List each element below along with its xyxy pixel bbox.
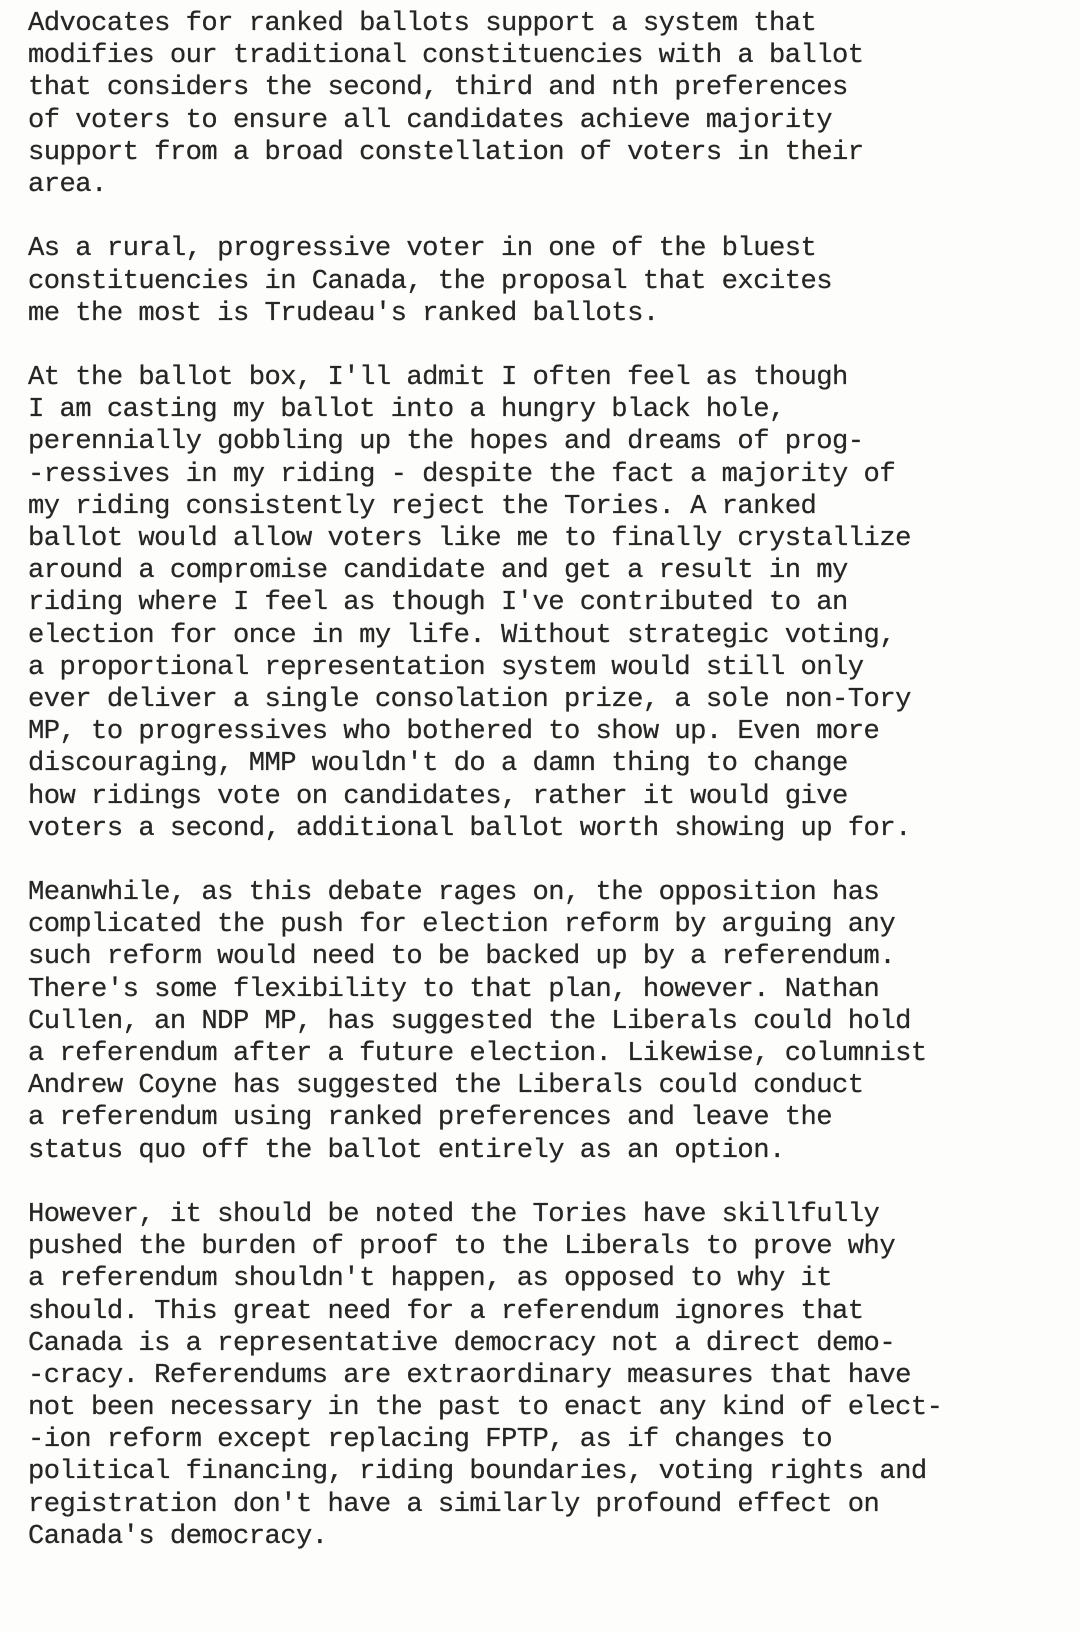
text-line: Andrew Coyne has suggested the Liberals …	[28, 1070, 1068, 1102]
text-line: ballot would allow voters like me to fin…	[28, 523, 1068, 555]
text-line: riding where I feel as though I've contr…	[28, 587, 1068, 619]
text-line: a referendum using ranked preferences an…	[28, 1102, 1068, 1134]
text-line: that considers the second, third and nth…	[28, 72, 1068, 104]
paragraph-rural-voter: As a rural, progressive voter in one of …	[28, 233, 1068, 330]
text-line: At the ballot box, I'll admit I often fe…	[28, 362, 1068, 394]
text-line: political financing, riding boundaries, …	[28, 1456, 1068, 1488]
text-line: area.	[28, 169, 1068, 201]
text-line: voters a second, additional ballot worth…	[28, 813, 1068, 845]
text-line: However, it should be noted the Tories h…	[28, 1199, 1068, 1231]
text-line: such reform would need to be backed up b…	[28, 941, 1068, 973]
text-line: should. This great need for a referendum…	[28, 1296, 1068, 1328]
text-line: discouraging, MMP wouldn't do a damn thi…	[28, 748, 1068, 780]
text-line: modifies our traditional constituencies …	[28, 40, 1068, 72]
text-line: There's some flexibility to that plan, h…	[28, 974, 1068, 1006]
text-line: Canada's democracy.	[28, 1521, 1068, 1553]
text-line: how ridings vote on candidates, rather i…	[28, 781, 1068, 813]
typewritten-page: Advocates for ranked ballots support a s…	[28, 8, 1068, 1585]
text-line: Canada is a representative democracy not…	[28, 1328, 1068, 1360]
text-line: complicated the push for election reform…	[28, 909, 1068, 941]
text-line: Meanwhile, as this debate rages on, the …	[28, 877, 1068, 909]
text-line: a referendum after a future election. Li…	[28, 1038, 1068, 1070]
text-line: -ressives in my riding - despite the fac…	[28, 459, 1068, 491]
text-line: not been necessary in the past to enact …	[28, 1392, 1068, 1424]
text-line: of voters to ensure all candidates achie…	[28, 105, 1068, 137]
text-line: constituencies in Canada, the proposal t…	[28, 266, 1068, 298]
text-line: -cracy. Referendums are extraordinary me…	[28, 1360, 1068, 1392]
text-line: status quo off the ballot entirely as an…	[28, 1135, 1068, 1167]
text-line: I am casting my ballot into a hungry bla…	[28, 394, 1068, 426]
text-line: -ion reform except replacing FPTP, as if…	[28, 1424, 1068, 1456]
text-line: As a rural, progressive voter in one of …	[28, 233, 1068, 265]
text-line: a referendum shouldn't happen, as oppose…	[28, 1263, 1068, 1295]
text-line: Cullen, an NDP MP, has suggested the Lib…	[28, 1006, 1068, 1038]
paragraph-ballot-box: At the ballot box, I'll admit I often fe…	[28, 362, 1068, 845]
text-line: election for once in my life. Without st…	[28, 620, 1068, 652]
paragraph-referendum-debate: Meanwhile, as this debate rages on, the …	[28, 877, 1068, 1167]
text-line: ever deliver a single consolation prize,…	[28, 684, 1068, 716]
text-line: MP, to progressives who bothered to show…	[28, 716, 1068, 748]
text-line: pushed the burden of proof to the Libera…	[28, 1231, 1068, 1263]
paragraph-burden-of-proof: However, it should be noted the Tories h…	[28, 1199, 1068, 1553]
text-line: support from a broad constellation of vo…	[28, 137, 1068, 169]
paragraph-ranked-ballots-intro: Advocates for ranked ballots support a s…	[28, 8, 1068, 201]
text-line: me the most is Trudeau's ranked ballots.	[28, 298, 1068, 330]
text-line: around a compromise candidate and get a …	[28, 555, 1068, 587]
text-line: my riding consistently reject the Tories…	[28, 491, 1068, 523]
text-line: registration don't have a similarly prof…	[28, 1489, 1068, 1521]
text-line: Advocates for ranked ballots support a s…	[28, 8, 1068, 40]
text-line: a proportional representation system wou…	[28, 652, 1068, 684]
text-line: perennially gobbling up the hopes and dr…	[28, 426, 1068, 458]
